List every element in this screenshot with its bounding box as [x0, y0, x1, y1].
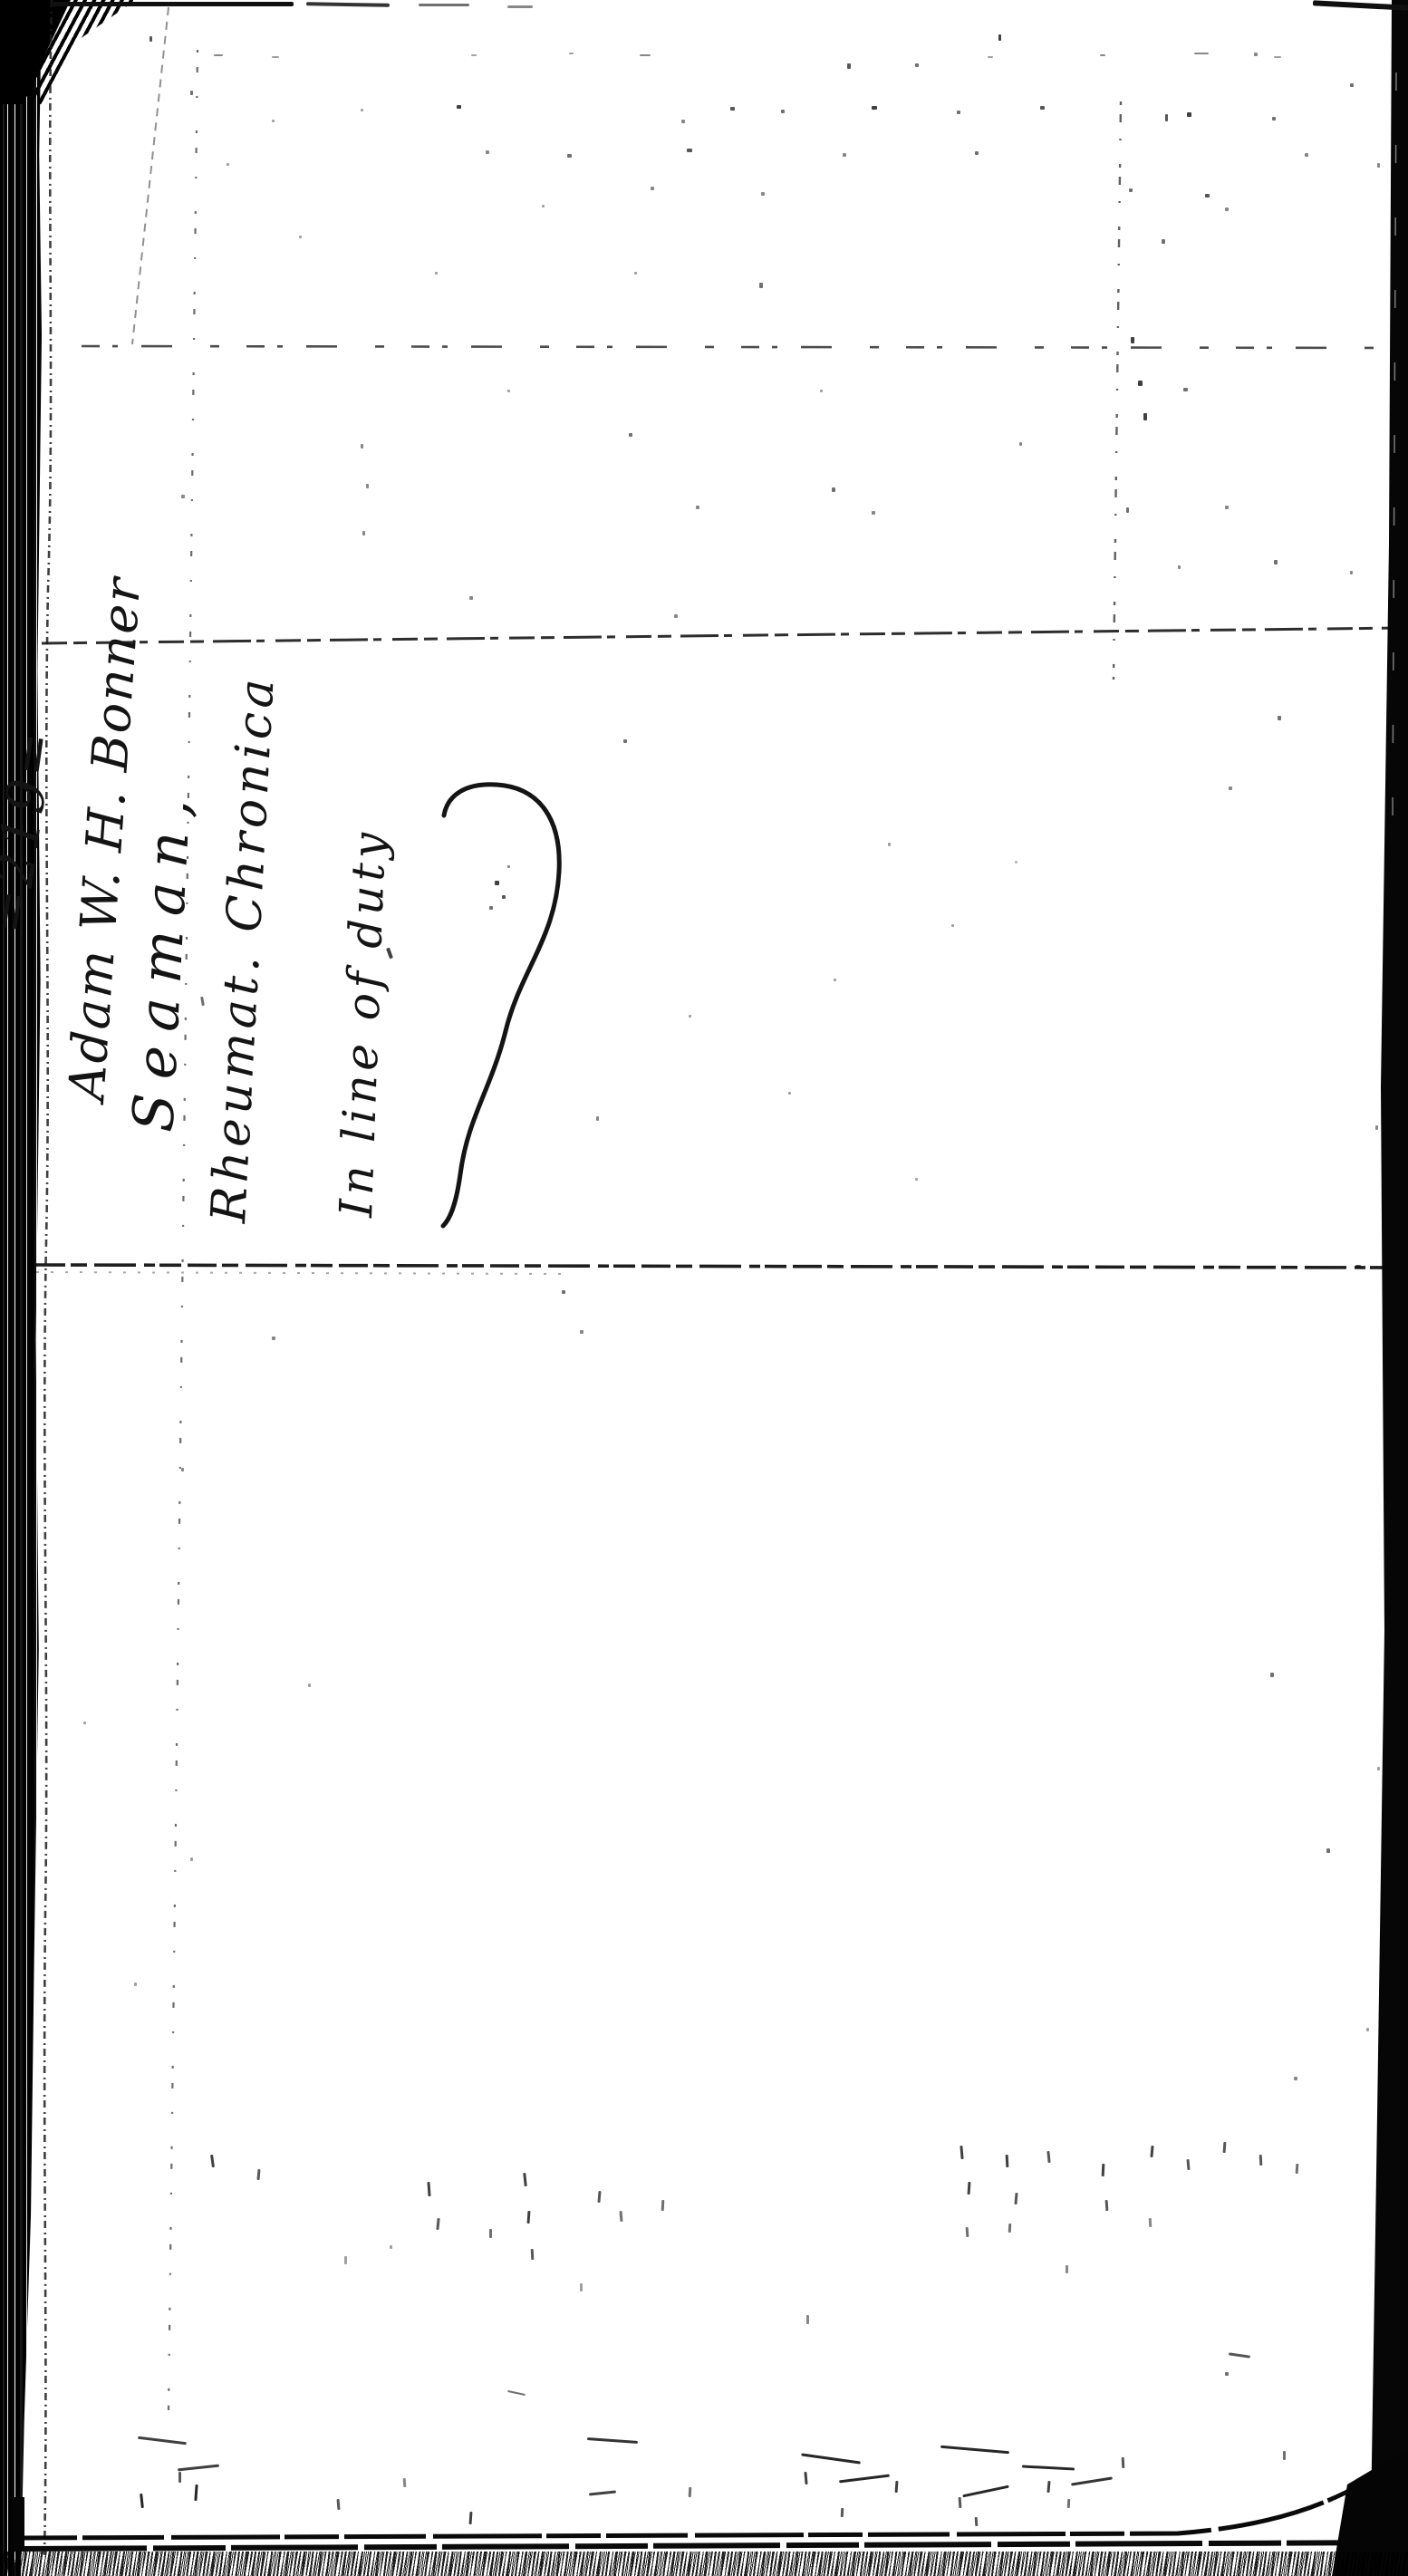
dust-speck [1305, 153, 1308, 157]
dust-speck [951, 924, 954, 927]
dust-speck [674, 614, 678, 618]
dust-speck [178, 2472, 181, 2483]
dust-speck [1162, 239, 1165, 244]
dust-speck [1274, 56, 1281, 58]
dust-speck [1254, 53, 1258, 56]
dust-speck [1350, 571, 1353, 574]
dust-speck [988, 56, 993, 58]
dust-speck [1375, 1125, 1378, 1130]
dust-speck [272, 56, 279, 58]
dust-speck [1272, 117, 1276, 121]
dust-speck [689, 1015, 691, 1018]
dust-speck [1040, 106, 1045, 110]
scan-stroke-mark [51, 2, 294, 6]
dust-speck [761, 192, 765, 196]
dust-speck [1149, 2218, 1152, 2227]
dust-speck [1129, 188, 1133, 192]
dust-speck [403, 2478, 407, 2487]
dust-speck [915, 1178, 918, 1181]
dust-speck [227, 163, 229, 166]
bottom-torn-edge-texture [0, 2552, 1408, 2576]
dust-speck [507, 390, 510, 392]
dust-speck [1205, 194, 1210, 198]
dust-speck [471, 54, 477, 56]
dust-speck [1194, 53, 1209, 54]
dust-speck [190, 91, 193, 95]
dust-speck [640, 54, 651, 56]
dust-speck [190, 1857, 193, 1861]
dust-speck [361, 444, 363, 449]
dust-speck [847, 63, 851, 69]
dust-speck [272, 1336, 275, 1340]
dust-speck [1270, 1673, 1274, 1677]
dust-speck [344, 2256, 347, 2264]
dust-speck [1225, 506, 1229, 509]
dust-speck [696, 506, 699, 509]
dust-speck [1187, 112, 1191, 117]
dust-speck [214, 54, 223, 56]
dust-speck [915, 63, 919, 67]
dust-speck [542, 205, 545, 207]
dust-speck [1015, 861, 1017, 863]
dust-speck [362, 531, 365, 535]
dust-speck [1355, 1265, 1361, 1269]
dust-speck [1008, 2224, 1012, 2233]
dust-speck [1294, 2077, 1297, 2080]
dust-speck [681, 120, 685, 123]
dust-speck [841, 2508, 844, 2517]
dust-speck [1178, 565, 1181, 569]
dust-speck [730, 107, 735, 111]
dust-speck [689, 2487, 692, 2497]
dust-speck [83, 1722, 86, 1724]
dust-speck [435, 272, 438, 275]
dust-speck [651, 187, 654, 190]
dust-speck [820, 390, 823, 392]
dust-speck [834, 979, 836, 981]
dust-speck [181, 495, 185, 498]
dust-speck [781, 110, 785, 113]
dust-speck [390, 2245, 392, 2249]
dust-speck [366, 484, 369, 488]
dust-speck [489, 2229, 492, 2238]
dust-speck [629, 433, 632, 437]
dust-speck [1183, 388, 1188, 391]
dust-speck [888, 843, 891, 846]
dust-speck [1131, 337, 1134, 343]
dust-speck [1225, 207, 1229, 211]
dust-speck [134, 1983, 137, 1986]
dust-speck [361, 109, 363, 111]
dust-speck [975, 151, 979, 155]
dust-speck [308, 1684, 311, 1687]
dust-speck [149, 36, 152, 42]
dust-speck [1126, 507, 1129, 513]
flourish-swash [0, 0, 1408, 2576]
dust-speck [272, 120, 275, 122]
dust-speck [1259, 2155, 1263, 2166]
dust-speck [1377, 163, 1380, 168]
dust-speck [1225, 2372, 1229, 2376]
dust-speck [181, 1468, 184, 1471]
disposition-handwriting: In line of duty [333, 827, 410, 1219]
dust-speck [872, 106, 877, 110]
dust-speck [957, 111, 960, 114]
dust-speck [1143, 413, 1147, 420]
dust-speck [1350, 83, 1354, 87]
dust-speck [1165, 114, 1168, 121]
scan-stroke-mark [419, 4, 469, 6]
dust-speck [1019, 442, 1022, 446]
dust-speck [806, 2315, 809, 2324]
dust-speck [661, 2200, 665, 2211]
dust-speck [1138, 381, 1143, 386]
dust-speck [1229, 786, 1232, 790]
dust-speck [998, 34, 1001, 41]
dust-speck [1377, 1767, 1380, 1770]
dust-speck [569, 53, 574, 54]
dust-speck [507, 865, 510, 868]
dust-speck [687, 149, 692, 152]
dust-speck [872, 511, 875, 515]
dust-speck [1278, 716, 1281, 720]
dust-speck [502, 895, 506, 899]
dust-speck [1067, 2499, 1071, 2508]
dust-speck [1283, 2451, 1286, 2460]
scan-stroke-mark [507, 5, 533, 8]
dust-speck [580, 2283, 583, 2291]
dust-speck [531, 2249, 535, 2260]
dust-speck [1326, 1848, 1330, 1853]
dust-speck [486, 150, 489, 154]
dust-speck [975, 2517, 979, 2526]
dust-speck [567, 154, 572, 158]
dust-speck [1366, 2028, 1369, 2031]
dust-speck [759, 283, 763, 288]
dust-speck [562, 1290, 565, 1294]
dust-speck [1066, 2265, 1068, 2273]
dust-speck [489, 906, 493, 910]
dust-speck [634, 272, 637, 275]
dust-speck [457, 105, 461, 109]
dust-speck [580, 1330, 583, 1334]
dust-speck [788, 1092, 791, 1095]
dust-speck [299, 236, 302, 238]
dust-speck [1122, 2457, 1125, 2468]
dust-speck [596, 1116, 599, 1121]
dust-speck [469, 596, 473, 600]
dust-speck [1100, 54, 1105, 56]
dust-speck [832, 487, 835, 492]
dust-speck [1274, 560, 1278, 564]
scanned-ledger-page: =219= Adam W. H. Bonner Seaman, Rheumat.… [0, 0, 1408, 2576]
dust-speck [843, 153, 846, 157]
dust-speck [623, 739, 627, 743]
dust-speck [495, 881, 499, 885]
